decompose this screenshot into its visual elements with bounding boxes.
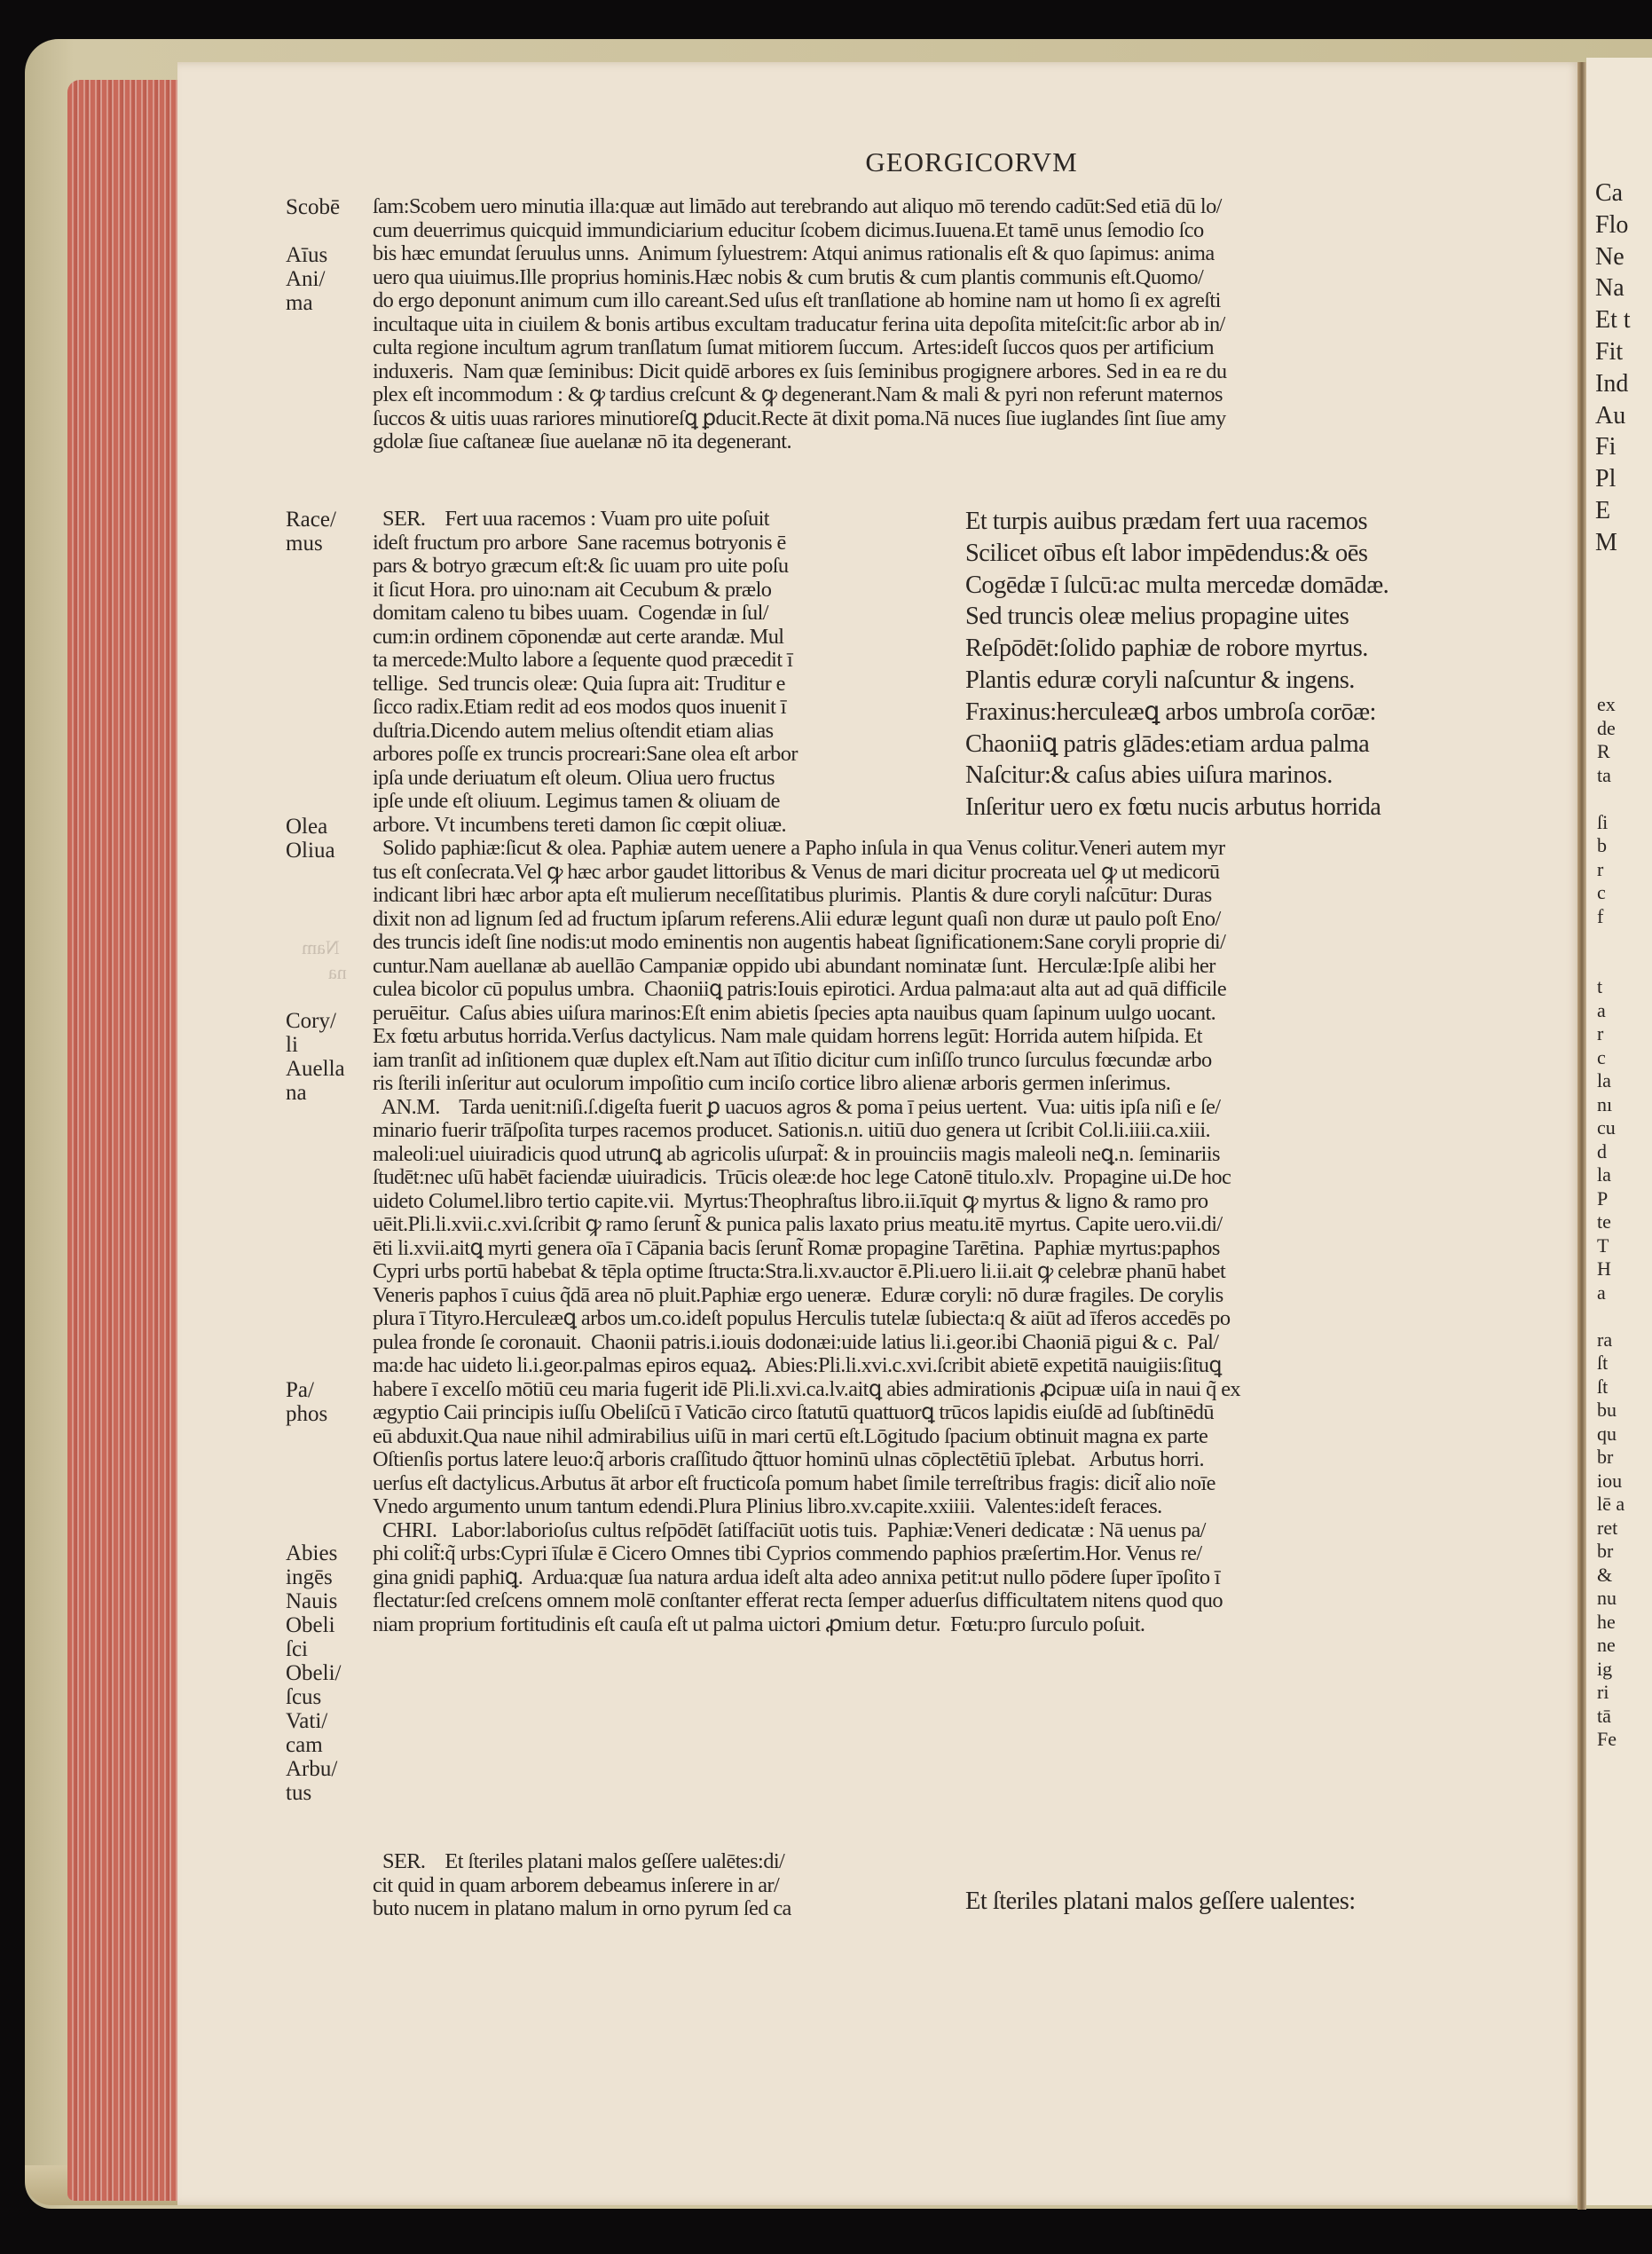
text-line: Veneris paphos ī cuius q̃dā area nō plui… (373, 1284, 1551, 1308)
facing-verse-fragment: Flo (1595, 209, 1631, 241)
facing-commentary-fragment: ret (1597, 1517, 1624, 1541)
text-line: Ex fœtu arbutus horrida.Verſus dactylicu… (373, 1025, 1551, 1049)
facing-commentary-fragment: a (1597, 1281, 1624, 1305)
verse-line: Sed truncis oleæ melius propagine uites (965, 601, 1551, 633)
margin-note: Obeli/ (286, 1661, 342, 1685)
text-line: ægyptio Caii principis iuſſu Obeliſcū ī … (373, 1401, 1551, 1425)
text-line: plex eſt incommodum : & ꝙ tardius creſcu… (373, 383, 1551, 407)
text-line: habere ī excelſo mōtiū ceu maria fugerit… (373, 1378, 1551, 1402)
verse-line: Cogēdæ ī ſulcū:ac multa mercedæ domādæ. (965, 570, 1551, 602)
facing-commentary-fragment: T (1597, 1234, 1624, 1258)
text-line: ipſa unde deriuatum eſt oleum. Oliua uer… (373, 767, 940, 791)
text-line: uideto Columel.libro tertio capite.vii. … (373, 1190, 1551, 1214)
margin-note (286, 219, 340, 243)
verse-line: Et turpis auibus prædam fert uua racemos (965, 506, 1551, 538)
facing-commentary-fragment: t (1597, 975, 1624, 999)
text-line: SER. Et ſteriles platani malos geſſere u… (373, 1850, 940, 1874)
facing-commentary-fragment: nı (1597, 1093, 1624, 1117)
text-line: pulea fronde ſe coronauit. Chaonii patri… (373, 1331, 1551, 1355)
text-line: iam tranſit ad inſitionem quæ duplex eſt… (373, 1049, 1551, 1073)
facing-page: CaFloNeNaEt tFitIndAuFiPlEM exdeRta ſibr… (1586, 58, 1652, 2205)
facing-commentary-fragment: bu (1597, 1399, 1624, 1423)
margin-note: Arbu/ (286, 1757, 342, 1781)
verse-line: Chaoniiꝗ patris glādes:etiam ardua palma (965, 729, 1551, 761)
verse-line: Et ſteriles platani malos geſſere ualent… (965, 1886, 1551, 1918)
facing-commentary-fragment: & (1597, 1564, 1624, 1588)
bleed-through-text: Nam (302, 936, 340, 959)
text-line: niam proprium fortitudinis eſt cauſa eſt… (373, 1613, 1551, 1637)
text-line: buto nucem in platano malum in orno pyru… (373, 1897, 940, 1921)
facing-commentary-fragment: nu (1597, 1587, 1624, 1611)
running-head: GEORGICORVM (852, 146, 1091, 178)
facing-commentary-fragment: ex (1597, 693, 1624, 717)
text-line: phi colit̃:q̃ urbs:Cypri īſulæ ē Cicero … (373, 1542, 1551, 1566)
facing-commentary-fragment: la (1597, 1069, 1624, 1093)
facing-page-commentary: exdeRta ſibrcf tarclanıcudlaPteTHa raſtſ… (1597, 693, 1624, 1752)
facing-commentary-fragment (1597, 787, 1624, 811)
facing-commentary-fragment: te (1597, 1210, 1624, 1234)
text-line: cuntur.Nam auellanæ ab auellāo Campaniæ … (373, 955, 1551, 979)
facing-commentary-fragment: tā (1597, 1705, 1624, 1729)
facing-commentary-fragment: ſt (1597, 1375, 1624, 1399)
facing-commentary-fragment: qu (1597, 1423, 1624, 1446)
verse-column: Et turpis auibus prædam fert uua racemos… (965, 506, 1551, 824)
facing-commentary-fragment (1597, 928, 1624, 952)
text-line: cum:in ordinem cōponendæ aut certe arand… (373, 626, 940, 650)
facing-commentary-fragment: r (1597, 858, 1624, 882)
margin-note: ſci (286, 1637, 342, 1661)
facing-verse-fragment: Pl (1595, 463, 1631, 495)
text-line: bis hæc emundat ſeruulus unns. Animum ſy… (373, 242, 1551, 266)
verse-line-bottom: Et ſteriles platani malos geſſere ualent… (965, 1886, 1551, 1918)
facing-commentary-fragment: ne (1597, 1634, 1624, 1658)
facing-verse-fragment: Fit (1595, 336, 1631, 368)
text-line: uero qua uiuimus.Ille proprius hominis.H… (373, 266, 1551, 290)
margin-note: Obeli (286, 1613, 342, 1637)
facing-commentary-fragment: Fe (1597, 1728, 1624, 1752)
margin-note: Scobē (286, 195, 340, 219)
facing-verse-fragment: E (1595, 495, 1631, 527)
text-line: uerſus eſt dactylicus.Arbutus āt arbor e… (373, 1472, 1551, 1496)
margin-notes-olea: OleaOliua (286, 815, 335, 863)
bleed-through-text: na (328, 961, 347, 984)
verse-line: Scilicet oībus eſt labor impēdendus:& oē… (965, 538, 1551, 570)
margin-notes-abies: AbiesingēsNauisObeliſciObeli/ſcusVati/ca… (286, 1541, 342, 1805)
text-line: tellige. Sed truncis oleæ: Quia ſupra ai… (373, 673, 940, 697)
verse-line: Fraxinus:herculeæꝗ arbos umbroſa corōæ: (965, 697, 1551, 729)
facing-commentary-fragment (1597, 1304, 1624, 1328)
book-gutter (1577, 62, 1586, 2210)
text-line: plura ī Tityro.Herculeæꝗ arbos um.co.ide… (373, 1307, 1551, 1331)
verse-line: Inſeritur uero ex fœtu nucis arbutus hor… (965, 792, 1551, 824)
text-line: ta mercede:Multo labore a ſequente quod … (373, 649, 940, 673)
facing-commentary-fragment: ta (1597, 764, 1624, 788)
facing-commentary-fragment: ſi (1597, 811, 1624, 835)
margin-note: cam (286, 1733, 342, 1757)
text-line: des truncis ideſt ſine nodis:ut modo emi… (373, 931, 1551, 955)
margin-note: li (286, 1033, 345, 1057)
facing-verse-fragment: Na (1595, 272, 1631, 304)
text-line: Vnedo argumento unum tantum edendi.Plura… (373, 1495, 1551, 1519)
verse-line: Reſpōdēt:ſolido paphiæ de robore myrtus. (965, 633, 1551, 665)
margin-notes-scobem: Scobē AīusAni/ma (286, 195, 340, 315)
facing-commentary-fragment: ri (1597, 1681, 1624, 1705)
margin-notes-racemus: Race/mus (286, 508, 336, 556)
text-line: culea bicolor cū populus umbra. Chaoniiꝗ… (373, 978, 1551, 1002)
text-line: cum deuerrimus quicquid immundiciarium e… (373, 219, 1551, 243)
text-line: SER. Fert uua racemos : Vuam pro uite po… (373, 508, 940, 532)
facing-verse-fragment: Ca (1595, 177, 1631, 209)
facing-verse-fragment: Ne (1595, 241, 1631, 273)
red-page-edges (67, 80, 179, 2201)
margin-note: Auella (286, 1057, 345, 1081)
facing-commentary-fragment: c (1597, 881, 1624, 905)
facing-commentary-fragment: de (1597, 717, 1624, 741)
text-line: AN.M. Tarda uenit:niſi.ſ.digeſta fuerit … (373, 1096, 1551, 1120)
facing-commentary-fragment: a (1597, 999, 1624, 1023)
text-line: CHRI. Labor:laborioſus cultus reſpōdēt ſ… (373, 1519, 1551, 1543)
commentary-text-top: ſam:Scobem uero minutia illa:quæ aut lim… (373, 195, 1551, 454)
facing-commentary-fragment: la (1597, 1163, 1624, 1187)
text-line: ēti li.xvii.aitꝗ myrti genera oīa ī Cāpa… (373, 1237, 1551, 1261)
commentary-column-bottom: SER. Et ſteriles platani malos geſſere u… (373, 1850, 940, 1921)
facing-commentary-fragment: b (1597, 834, 1624, 858)
margin-note: Aīus (286, 243, 340, 267)
margin-notes-paphos: Pa/phos (286, 1378, 327, 1426)
margin-note: ſcus (286, 1685, 342, 1709)
facing-commentary-fragment: c (1597, 1046, 1624, 1070)
margin-note: Nauis (286, 1589, 342, 1613)
facing-verse-fragment: Fi (1595, 431, 1631, 463)
text-line: ſam:Scobem uero minutia illa:quæ aut lim… (373, 195, 1551, 219)
facing-commentary-fragment: br (1597, 1540, 1624, 1564)
margin-note: ingēs (286, 1565, 342, 1589)
text-line: induxeris. Nam quæ ſeminibus: Dicit quid… (373, 360, 1551, 384)
text-line: Solido paphiæ:ſicut & olea. Paphiæ autem… (373, 837, 1551, 861)
margin-note: Pa/ (286, 1378, 327, 1402)
facing-verse-fragment: Et t (1595, 304, 1631, 336)
text-line: duſtria.Dicendo autem melius oſtendit et… (373, 720, 940, 744)
text-line: dixit non ad lignum ſed ad fructum ipſar… (373, 908, 1551, 932)
facing-commentary-fragment: ra (1597, 1328, 1624, 1352)
margin-note: Abies (286, 1541, 342, 1565)
text-line: Oſtienſis portus latere leuo:q̃ arboris … (373, 1448, 1551, 1472)
text-line: arbore. Vt incumbens tereti damon ſic cœ… (373, 814, 940, 838)
text-line: gina gnidi paphiꝗ. Ardua:quæ ſua natura … (373, 1566, 1551, 1590)
facing-commentary-fragment: ig (1597, 1658, 1624, 1682)
text-line: tus eſt conſecrata.Vel ꝙ hæc arbor gaude… (373, 861, 1551, 885)
facing-commentary-fragment: br (1597, 1446, 1624, 1470)
facing-commentary-fragment: ſt (1597, 1352, 1624, 1375)
facing-commentary-fragment: lē a (1597, 1493, 1624, 1517)
text-line: it ſicut Hora. pro uino:nam ait Cecubum … (373, 579, 940, 603)
text-line: ipſe unde eſt oliuum. Legimus tamen & ol… (373, 790, 940, 814)
margin-note: Oliua (286, 839, 335, 863)
text-line: eū abduxit.Qua naue nihil admirabilius u… (373, 1425, 1551, 1449)
commentary-text-main: Solido paphiæ:ſicut & olea. Paphiæ autem… (373, 837, 1551, 1636)
facing-verse-fragment: M (1595, 527, 1631, 559)
facing-page-verse: CaFloNeNaEt tFitIndAuFiPlEM (1595, 177, 1631, 559)
text-line: ſicco radix.Etiam redit ad eos modos quo… (373, 696, 940, 720)
text-line: ma:de hac uideto li.i.geor.palmas epiros… (373, 1354, 1551, 1378)
facing-commentary-fragment (1597, 952, 1624, 976)
text-line: ſuccos & uitis uuas rariores minutioreſꝗ… (373, 407, 1551, 431)
margin-note: Cory/ (286, 1009, 345, 1033)
facing-commentary-fragment: iou (1597, 1470, 1624, 1493)
text-line: maleoli:uel uiuiradicis quod utrunꝗ ab a… (373, 1143, 1551, 1167)
text-line: ris ſterili inſeritur aut oculorum impoſ… (373, 1072, 1551, 1096)
margin-note: na (286, 1081, 345, 1105)
commentary-column: SER. Fert uua racemos : Vuam pro uite po… (373, 508, 940, 837)
facing-verse-fragment: Au (1595, 400, 1631, 432)
text-line: cit quid in quam arborem debeamus inſere… (373, 1874, 940, 1898)
facing-commentary-fragment: H (1597, 1257, 1624, 1281)
text-line: uēit.Pli.li.xvii.c.xvi.ſcribit ꝙ ramo ſe… (373, 1213, 1551, 1237)
text-line: Cypri urbs portū habebat & tēpla optime … (373, 1260, 1551, 1284)
facing-commentary-fragment: f (1597, 905, 1624, 929)
text-line: ſtudēt:nec uſū habēt faciendæ uiuiradici… (373, 1166, 1551, 1190)
margin-note: Ani/ (286, 267, 340, 291)
text-line: indicant libri hæc arbor apta eſt mulier… (373, 884, 1551, 908)
margin-note: ma (286, 291, 340, 315)
text-line: flectatur:ſed creſcens omnem molē conſta… (373, 1589, 1551, 1613)
text-line: domitam caleno tu bibes uuam. Cogendæ in… (373, 602, 940, 626)
text-line: minario fuerir trāſpoſita turpes racemos… (373, 1119, 1551, 1143)
facing-commentary-fragment: r (1597, 1022, 1624, 1046)
margin-notes-corylus: Cory/liAuellana (286, 1009, 345, 1105)
facing-commentary-fragment: he (1597, 1611, 1624, 1635)
margin-note: mus (286, 532, 336, 556)
text-line: pars & botryo græcum eſt:& ſic uuam pro … (373, 555, 940, 579)
text-line: do ergo deponunt animum cum illo careant… (373, 289, 1551, 313)
text-line: gdolæ ſiue caſtaneæ ſiue auelanæ nō ita … (373, 430, 1551, 454)
margin-note: Vati/ (286, 1709, 342, 1733)
facing-commentary-fragment: d (1597, 1140, 1624, 1164)
margin-note: phos (286, 1402, 327, 1426)
facing-commentary-fragment: P (1597, 1187, 1624, 1211)
margin-note: tus (286, 1781, 342, 1805)
text-line: culta regione incultum agrum tranſlatum … (373, 336, 1551, 360)
text-line: arbores poſſe ex truncis procreari:Sane … (373, 743, 940, 767)
margin-note: Olea (286, 815, 335, 839)
text-line: incultaque uita in ciuilem & bonis artib… (373, 313, 1551, 337)
verse-line: Naſcitur:& caſus abies uiſura marinos. (965, 760, 1551, 792)
verse-line: Plantis eduræ coryli naſcuntur & ingens. (965, 665, 1551, 697)
facing-commentary-fragment: R (1597, 740, 1624, 764)
facing-commentary-fragment: cu (1597, 1116, 1624, 1140)
margin-note: Race/ (286, 508, 336, 532)
facing-verse-fragment: Ind (1595, 368, 1631, 400)
text-line: ideſt fructum pro arbore Sane racemus bo… (373, 532, 940, 556)
text-line: peruēitur. Caſus abies uiſura marinos:Eſ… (373, 1002, 1551, 1026)
